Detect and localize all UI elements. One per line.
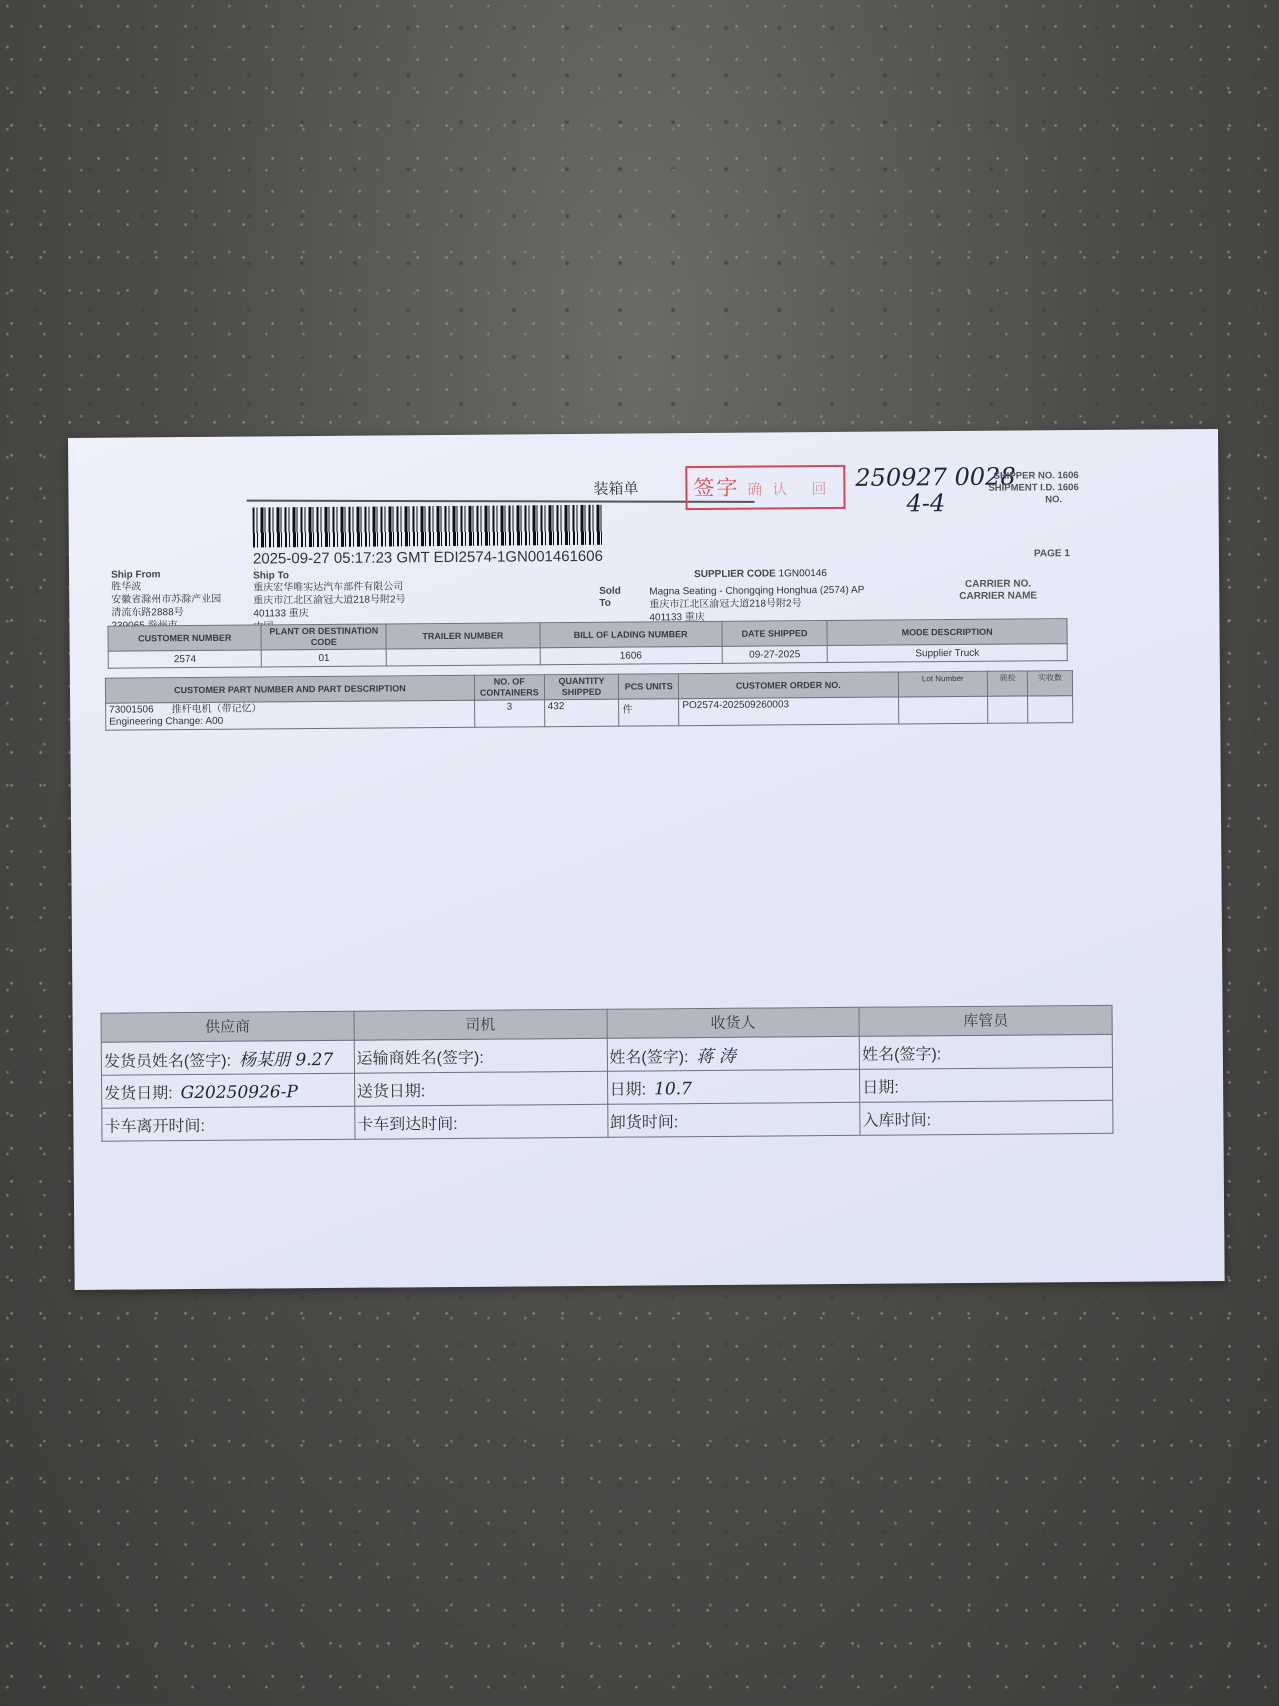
ship-to-line: 重庆宏华唯实达汽车部件有限公司 — [253, 580, 405, 594]
supplier-code: SUPPLIER CODE 1GN00146 — [694, 568, 827, 580]
signoff-field[interactable]: 姓名(签字): — [859, 1034, 1112, 1069]
signoff-field[interactable]: 送货日期: — [354, 1071, 607, 1106]
shipment-value-3: 1606 — [540, 646, 722, 664]
carrier-name-label: CARRIER NAME — [959, 590, 1037, 603]
signoff-header-2: 收货人 — [607, 1007, 860, 1038]
engineering-change: Engineering Change: A00 — [109, 714, 471, 729]
signoff-field[interactable]: 入库时间: — [860, 1100, 1113, 1135]
shipper-no: 1606 — [1057, 470, 1078, 481]
signoff-table: 供应商司机收货人库管员 发货员姓名(签字):杨某朋 9.27运输商姓名(签字):… — [101, 1005, 1114, 1142]
ship-to-line: 401133 重庆 — [253, 606, 405, 620]
handwritten-sequence: 4-4 — [906, 489, 945, 517]
signoff-field[interactable]: 卡车到达时间: — [355, 1104, 608, 1139]
signoff-field[interactable]: 卡车离开时间: — [102, 1106, 355, 1141]
signoff-field-label: 入库时间: — [863, 1112, 932, 1130]
parts-header-4: CUSTOMER ORDER NO. — [679, 672, 899, 699]
signoff-field-label: 卸货时间: — [610, 1114, 679, 1132]
parts-table: CUSTOMER PART NUMBER AND PART DESCRIPTIO… — [105, 670, 1073, 731]
sold-to-label: Sold To — [599, 586, 621, 610]
part-cell: 73001506推杆电机（带记忆）Engineering Change: A00 — [106, 700, 475, 730]
signoff-field-label: 日期: — [862, 1079, 899, 1096]
signoff-header-1: 司机 — [354, 1009, 607, 1040]
signoff-field[interactable]: 姓名(签字):蒋 涛 — [607, 1036, 860, 1071]
signoff-field-label: 发货员姓名(签字): — [104, 1052, 231, 1070]
signoff-field-label: 姓名(签字): — [609, 1049, 688, 1067]
ship-from-line: 胜华波 — [111, 580, 221, 594]
to-label: To — [599, 598, 621, 610]
sold-label: Sold — [599, 586, 621, 598]
parts-header-7: 实收数 — [1027, 671, 1072, 696]
no-label: NO. — [1045, 494, 1062, 505]
shipment-header-3: BILL OF LADING NUMBER — [539, 621, 721, 647]
signoff-field[interactable]: 运输商姓名(签字): — [354, 1038, 607, 1073]
signoff-field-label: 卡车到达时间: — [357, 1115, 458, 1133]
signoff-field[interactable]: 日期:10.7 — [607, 1069, 860, 1104]
quantity-shipped: 432 — [544, 699, 619, 727]
page-number: PAGE 1 — [1034, 548, 1070, 559]
ship-to-line: 重庆市江北区渝冠大道218号附2号 — [253, 593, 405, 607]
shipment-id: 1606 — [1058, 482, 1079, 493]
packing-slip-paper: 装箱单 签字 确认 回 250927 0028 4-4 SHIPPER NO. … — [68, 429, 1225, 1290]
signoff-header-3: 库管员 — [859, 1005, 1112, 1036]
signoff-field[interactable]: 卸货时间: — [607, 1102, 860, 1137]
signoff-row: 卡车离开时间:卡车到达时间:卸货时间:入库时间: — [102, 1100, 1113, 1141]
shipment-id-label: SHIPMENT I.D. — [988, 482, 1055, 494]
customer-order-no: PO2574-202509260003 — [679, 697, 899, 726]
signoff-field-label: 运输商姓名(签字): — [357, 1049, 484, 1067]
carrier-block: CARRIER NO. CARRIER NAME — [959, 578, 1037, 603]
timestamp-line: 2025-09-27 05:17:23 GMT EDI2574-1GN00146… — [253, 548, 603, 568]
qc-check — [988, 696, 1028, 723]
shipment-header-2: TRAILER NUMBER — [386, 623, 540, 649]
signoff-field-label: 卡车离开时间: — [104, 1117, 205, 1135]
document-title: 装箱单 — [593, 478, 638, 499]
signoff-field-value[interactable]: 蒋 涛 — [696, 1046, 736, 1066]
shipper-block: SHIPPER NO. 1606 SHIPMENT I.D. 1606 NO. — [988, 470, 1079, 507]
part-description: 推杆电机（带记忆） — [172, 703, 262, 715]
shipment-value-1: 01 — [262, 649, 387, 667]
signoff-field[interactable]: 日期: — [860, 1067, 1113, 1102]
containers: 3 — [474, 700, 544, 728]
signoff-field-value[interactable]: 10.7 — [654, 1079, 692, 1099]
shipment-value-0: 2574 — [108, 650, 262, 668]
parts-header-6: 质检 — [988, 671, 1028, 696]
shipper-no-label: SHIPPER NO. — [994, 470, 1055, 481]
part-number: 73001506 — [109, 704, 154, 715]
title-rule — [246, 500, 754, 503]
sold-to-line: Magna Seating - Chongqing Honghua (2574)… — [649, 584, 864, 599]
received-qty — [1028, 696, 1073, 723]
signoff-field-label: 日期: — [610, 1081, 647, 1098]
parts-header-5: Lot Number — [898, 671, 988, 697]
carrier-no-label: CARRIER NO. — [959, 578, 1037, 591]
barcode-icon — [253, 505, 603, 548]
shipment-value-5: Supplier Truck — [827, 644, 1067, 663]
signoff-field[interactable]: 发货日期:G20250926-P — [102, 1073, 355, 1108]
ship-from-line: 安徽省滁州市苏滁产业园 — [111, 593, 221, 607]
ship-from-label: Ship From — [111, 569, 221, 581]
ship-from-line: 清流东路2888号 — [111, 606, 221, 620]
signoff-field-value[interactable]: G20250926-P — [181, 1082, 298, 1103]
signoff-field-label: 送货日期: — [357, 1083, 426, 1101]
shipment-header-0: CUSTOMER NUMBER — [108, 625, 262, 651]
signoff-field[interactable]: 发货员姓名(签字):杨某朋 9.27 — [101, 1040, 354, 1075]
supplier-code-label: SUPPLIER CODE — [694, 568, 776, 580]
stamp-faint-text: 确认 回 — [747, 481, 836, 499]
signoff-field-value[interactable]: 杨某朋 9.27 — [239, 1049, 333, 1070]
shipment-value-4: 09-27-2025 — [722, 646, 828, 664]
parts-header-1: NO. OF CONTAINERS — [474, 675, 544, 701]
page-label: PAGE — [1034, 548, 1062, 559]
page-value: 1 — [1064, 548, 1070, 559]
lot-number — [898, 696, 988, 724]
shipment-header-5: MODE DESCRIPTION — [827, 619, 1067, 646]
signature-stamp: 签字 确认 回 — [685, 465, 845, 510]
shipment-header-1: PLANT OR DESTINATION CODE — [261, 624, 386, 650]
shipment-table: CUSTOMER NUMBERPLANT OR DESTINATION CODE… — [107, 618, 1067, 669]
stamp-label: 签字 — [693, 477, 739, 500]
supplier-code-value: 1GN00146 — [779, 568, 827, 579]
parts-header-3: PCS UNITS — [619, 674, 679, 699]
pcs-units: 件 — [619, 699, 679, 726]
signoff-field-label: 发货日期: — [104, 1085, 173, 1103]
signoff-field-label: 姓名(签字): — [862, 1046, 941, 1064]
shipment-header-4: DATE SHIPPED — [722, 621, 828, 647]
parts-header-0: CUSTOMER PART NUMBER AND PART DESCRIPTIO… — [105, 675, 474, 703]
shipment-value-2 — [386, 648, 540, 666]
signoff-header-0: 供应商 — [101, 1011, 354, 1042]
parts-header-2: QUANTITY SHIPPED — [544, 674, 619, 700]
